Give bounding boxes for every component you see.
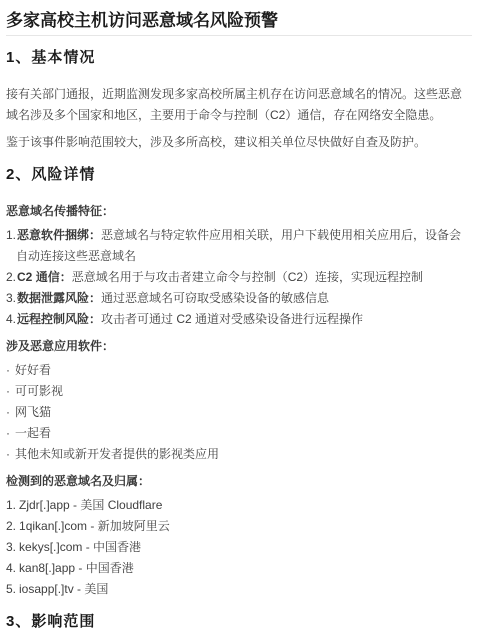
section-heading-basic-info: 1、基本情况 (6, 48, 472, 68)
advisory-document: 多家高校主机访问恶意域名风险预警 1、基本情况 接有关部门通报，近期监测发现多家… (6, 10, 472, 632)
risk-item-label: 数据泄露风险： (17, 291, 101, 305)
risk-item: 2.C2 通信：恶意域名用于与攻击者建立命令与控制（C2）连接，实现远程控制 (6, 267, 472, 288)
risk-item-text: 通过恶意域名可窃取受感染设备的敏感信息 (101, 291, 329, 305)
risk-item-text: 攻击者可通过 C2 通道对受感染设备进行远程操作 (101, 312, 363, 326)
risk-item-label: 远程控制风险： (17, 312, 101, 326)
app-item: 好好看 (6, 360, 472, 381)
app-item: 网飞猫 (6, 402, 472, 423)
domain-item-number: 1. (6, 498, 16, 512)
app-item: 其他未知或新开发者提供的影视类应用 (6, 444, 472, 465)
risk-item-number: 4. (6, 312, 16, 326)
app-item: 可可影视 (6, 381, 472, 402)
domain-item: 4.kan8[.]app - 中国香港 (6, 558, 472, 579)
domain-item: 3.kekys[.]com - 中国香港 (6, 537, 472, 558)
risk-item-number: 3. (6, 291, 16, 305)
risk-item-number: 1. (6, 228, 16, 242)
app-item-text: 一起看 (15, 426, 51, 440)
risk-item-number: 2. (6, 270, 16, 284)
section-basic-info: 1、基本情况 接有关部门通报，近期监测发现多家高校所属主机存在访问恶意域名的情况… (6, 48, 472, 153)
risk-item: 3.数据泄露风险：通过恶意域名可窃取受感染设备的敏感信息 (6, 288, 472, 309)
risk-item-label: C2 通信： (17, 270, 72, 284)
app-item: 一起看 (6, 423, 472, 444)
app-item-text: 可可影视 (15, 384, 63, 398)
domain-list: 1.Zjdr[.]app - 美国 Cloudflare 2.1qikan[.]… (6, 495, 472, 600)
malicious-app-list: 好好看 可可影视 网飞猫 一起看 其他未知或新开发者提供的影视类应用 (6, 360, 472, 465)
domain-item-text: 1qikan[.]com - 新加坡阿里云 (19, 519, 170, 533)
domain-item-number: 4. (6, 561, 16, 575)
domain-item-text: iosapp[.]tv - 美国 (19, 582, 108, 596)
section-impact-scope: 3、影响范围 (6, 612, 472, 632)
section-heading-impact-scope: 3、影响范围 (6, 612, 472, 632)
basic-info-paragraph-2: 鉴于该事件影响范围较大，涉及多所高校，建议相关单位尽快做好自查及防护。 (6, 132, 472, 153)
section-risk-details: 2、风险详情 恶意域名传播特征： 1.恶意软件捆绑：恶意域名与特定软件应用相关联… (6, 165, 472, 600)
apps-label: 涉及恶意应用软件： (6, 336, 472, 357)
page-title: 多家高校主机访问恶意域名风险预警 (6, 10, 472, 36)
domain-item: 1.Zjdr[.]app - 美国 Cloudflare (6, 495, 472, 516)
features-label: 恶意域名传播特征： (6, 201, 472, 222)
domain-item: 2.1qikan[.]com - 新加坡阿里云 (6, 516, 472, 537)
domain-item-number: 2. (6, 519, 16, 533)
risk-item-label: 恶意软件捆绑： (17, 228, 101, 242)
domain-item-number: 3. (6, 540, 16, 554)
domain-item-text: kan8[.]app - 中国香港 (19, 561, 134, 575)
domains-label: 检测到的恶意域名及归属： (6, 471, 472, 492)
app-item-text: 网飞猫 (15, 405, 51, 419)
risk-item: 4.远程控制风险：攻击者可通过 C2 通道对受感染设备进行远程操作 (6, 309, 472, 330)
basic-info-paragraph-1: 接有关部门通报，近期监测发现多家高校所属主机存在访问恶意域名的情况。这些恶意域名… (6, 84, 472, 126)
section-heading-risk-details: 2、风险详情 (6, 165, 472, 185)
domain-item: 5.iosapp[.]tv - 美国 (6, 579, 472, 600)
app-item-text: 其他未知或新开发者提供的影视类应用 (15, 447, 219, 461)
domain-item-text: Zjdr[.]app - 美国 Cloudflare (19, 498, 162, 512)
risk-list: 1.恶意软件捆绑：恶意域名与特定软件应用相关联，用户下载使用相关应用后，设备会自… (6, 225, 472, 330)
domain-item-number: 5. (6, 582, 16, 596)
domain-item-text: kekys[.]com - 中国香港 (19, 540, 141, 554)
risk-item: 1.恶意软件捆绑：恶意域名与特定软件应用相关联，用户下载使用相关应用后，设备会自… (6, 225, 472, 267)
risk-item-text: 恶意域名用于与攻击者建立命令与控制（C2）连接，实现远程控制 (72, 270, 423, 284)
app-item-text: 好好看 (15, 363, 51, 377)
